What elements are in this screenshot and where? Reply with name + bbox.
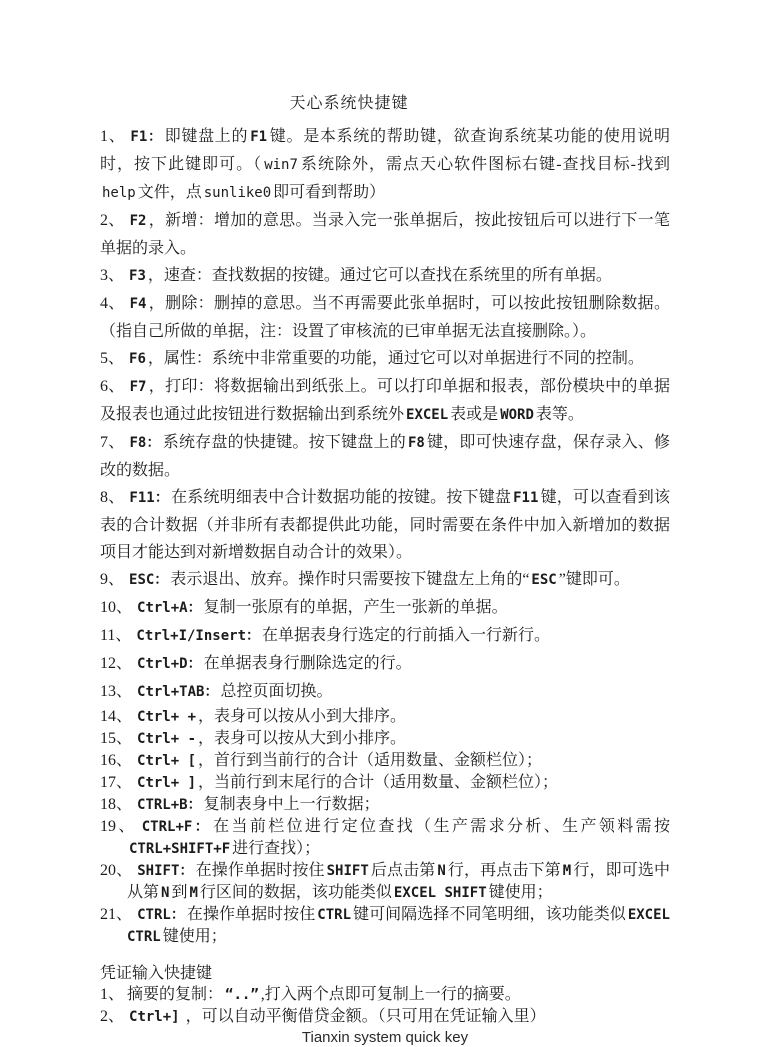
item-text: 复制表身中上一行数据；: [204, 796, 380, 813]
item-text: 文件，点: [138, 184, 202, 201]
key-token: F11: [511, 490, 540, 506]
item-text: 后点击第: [371, 862, 436, 879]
item-number: 21、: [100, 906, 135, 923]
key-token: N: [159, 885, 171, 901]
item-text: 键使用；: [489, 884, 553, 901]
item-number: 8、: [100, 489, 127, 506]
item-number: 19、: [100, 818, 140, 835]
shortcut-item: 5、F6，属性：系统中非常重要的功能，通过它可以对单据进行不同的控制。: [100, 345, 670, 373]
document-footer: Tianxin system quick key: [100, 1028, 670, 1047]
item-number: 17、: [100, 774, 135, 791]
key-token: Ctrl+ +: [135, 709, 198, 725]
shortcut-item: 21、CTRL：在操作单据时按住CTRL键可间隔选择不同笔明细，该功能类似EXC…: [100, 904, 670, 948]
key-token: F8: [406, 435, 427, 451]
shortcut-item: 8、F11：在系统明细表中合计数据功能的按键。按下键盘F11键，可以查看到该表的…: [100, 484, 670, 566]
item-text: 行区间的数据，该功能类似: [200, 884, 392, 901]
key-token: F1: [248, 129, 269, 145]
key-token: F8：: [127, 435, 162, 451]
shortcut-item: 6、F7，打印：将数据输出到纸张上。可以打印单据和报表，部份模块中的单据及报表也…: [100, 373, 670, 429]
item-number: 3、: [100, 267, 127, 284]
key-token: SHIFT：: [135, 863, 195, 879]
key-token: EXCEL: [404, 407, 450, 423]
item-text: ,打入两个点即可复制上一行的摘要。: [261, 986, 521, 1003]
key-token: F6: [127, 351, 148, 367]
item-text: 表示退出、放弃。操作时只需要按下键盘左上角的“: [170, 571, 529, 588]
item-number: 5、: [100, 350, 127, 367]
item-number: 1、: [100, 986, 127, 1003]
item-text: ，表身可以按从小到大排序。: [198, 708, 406, 725]
shortcut-item: 15、Ctrl+ -，表身可以按从大到小排序。: [100, 728, 670, 750]
item-text: 复制一张原有的单据，产生一张新的单据。: [204, 599, 508, 616]
shortcut-item: 9、ESC：表示退出、放弃。操作时只需要按下键盘左上角的“ESC”键即可。: [100, 566, 670, 594]
item-text: 键使用；: [163, 928, 227, 945]
shortcut-item: 11、Ctrl+I/Insert：在单据表身行选定的行前插入一行新行。: [100, 622, 670, 650]
item-text: 即键盘上的: [165, 128, 249, 145]
key-token: F3: [127, 268, 148, 284]
shortcut-item: 3、F3，速查：查找数据的按键。通过它可以查找在系统里的所有单据。: [100, 262, 670, 290]
item-number: 20、: [100, 862, 135, 879]
voucher-shortcut-list: 1、摘要的复制：“..”,打入两个点即可复制上一行的摘要。2、Ctrl+] ，可…: [100, 984, 670, 1028]
key-token: F7: [128, 379, 149, 395]
shortcut-item: 12、Ctrl+D：在单据表身行删除选定的行。: [100, 650, 670, 678]
key-token: CTRL+B：: [135, 797, 204, 813]
item-text: 到: [171, 884, 187, 901]
item-number: 7、: [100, 434, 127, 451]
key-token: CTRL+F：: [140, 819, 213, 835]
key-token: Ctrl+TAB：: [135, 684, 220, 700]
shortcut-item: 13、Ctrl+TAB：总控页面切换。: [100, 678, 670, 706]
item-text: 系统存盘的快捷键。按下键盘上的: [163, 434, 406, 451]
shortcut-list-main: 1、F1：即键盘上的F1键。是本系统的帮助键，欲查询系统某功能的使用说明时，按下…: [100, 123, 670, 706]
shortcut-item: 17、Ctrl+ ]，当前行到末尾行的合计（适用数量、金额栏位）；: [100, 772, 670, 794]
item-number: 12、: [100, 655, 135, 672]
shortcut-item: 10、Ctrl+A：复制一张原有的单据，产生一张新的单据。: [100, 594, 670, 622]
shortcut-item: 18、CTRL+B：复制表身中上一行数据；: [100, 794, 670, 816]
item-text: 行，再点击下第: [448, 862, 561, 879]
voucher-section-heading: 凭证输入快捷键: [100, 963, 670, 984]
key-token: “..”: [223, 987, 261, 1003]
shortcut-item: 7、F8：系统存盘的快捷键。按下键盘上的F8键，即可快速存盘，保存录入、修改的数…: [100, 429, 670, 484]
item-text: 在单据表身行选定的行前插入一行新行。: [262, 627, 550, 644]
key-token: N: [435, 863, 447, 879]
key-token: Ctrl+ ]: [135, 775, 198, 791]
shortcut-item: 19、CTRL+F：在当前栏位进行定位查找（生产需求分析、生产领料需按CTRL+…: [100, 816, 670, 860]
shortcut-list-secondary: 14、Ctrl+ +，表身可以按从小到大排序。15、Ctrl+ -，表身可以按从…: [100, 706, 670, 948]
shortcut-item: 20、SHIFT：在操作单据时按住SHIFT后点击第N行，再点击下第M行，即可选…: [100, 860, 670, 904]
item-text: 在操作单据时按住: [196, 862, 325, 879]
item-text: ，删除：删掉的意思。当不再需要此张单据时，可以按此按钮删除数据。（指自己所做的单…: [100, 295, 670, 340]
item-text: 在系统明细表中合计数据功能的按键。按下键盘: [171, 489, 511, 506]
item-number: 15、: [100, 730, 135, 747]
shortcut-item: 1、F1：即键盘上的F1键。是本系统的帮助键，欲查询系统某功能的使用说明时，按下…: [100, 123, 670, 207]
key-token: F2: [128, 213, 149, 229]
item-text: ，速查：查找数据的按键。通过它可以查找在系统里的所有单据。: [148, 267, 612, 284]
key-token: Ctrl+A：: [135, 600, 204, 616]
key-token: sunlike0: [202, 185, 273, 201]
item-number: 10、: [100, 599, 135, 616]
key-token: CTRL：: [135, 907, 187, 923]
key-token: F4: [128, 296, 149, 312]
key-token: ESC: [529, 572, 558, 588]
key-token: M: [187, 885, 199, 901]
item-number: 1、: [100, 128, 128, 145]
item-text: 系统除外，需点天心软件图标右键-查找目标-找到: [300, 156, 670, 173]
shortcut-item: 1、摘要的复制：“..”,打入两个点即可复制上一行的摘要。: [100, 984, 670, 1006]
item-number: 14、: [100, 708, 135, 725]
item-text: ，属性：系统中非常重要的功能，通过它可以对单据进行不同的控制。: [148, 350, 644, 367]
key-token: ESC：: [127, 572, 170, 588]
key-token: M: [561, 863, 573, 879]
item-text: ，首行到当前行的合计（适用数量、金额栏位）；: [198, 752, 542, 769]
key-token: F1：: [128, 129, 164, 145]
item-number: 2、: [100, 1008, 127, 1025]
item-number: 4、: [100, 295, 128, 312]
item-text: ，当前行到末尾行的合计（适用数量、金额栏位）；: [198, 774, 558, 791]
key-token: Ctrl+D：: [135, 656, 204, 672]
shortcut-item: 2、F2，新增：增加的意思。当录入完一张单据后，按此按钮后可以进行下一笔单据的录…: [100, 207, 670, 262]
document-title: 天心系统快捷键: [64, 90, 634, 117]
item-text: 在操作单据时按住: [187, 906, 315, 923]
item-text: ，新增：增加的意思。当录入完一张单据后，按此按钮后可以进行下一笔单据的录入。: [100, 212, 670, 257]
key-token: Ctrl+ -: [135, 731, 198, 747]
shortcut-item: 4、F4，删除：删掉的意思。当不再需要此张单据时，可以按此按钮删除数据。（指自己…: [100, 290, 670, 345]
item-text: 即可看到帮助）: [273, 184, 385, 201]
item-number: 18、: [100, 796, 135, 813]
item-text: 表或是: [450, 406, 498, 423]
key-token: WORD: [498, 407, 536, 423]
key-token: help: [100, 185, 138, 201]
key-token: Ctrl+I/Insert：: [134, 628, 262, 644]
item-text: ，打印：将数据输出到纸张上。可以打印单据和报表，部份模块中的单据及报表也通过此按…: [100, 378, 670, 423]
key-token: F11：: [127, 490, 171, 506]
item-number: 11、: [100, 627, 134, 644]
shortcut-item: 14、Ctrl+ +，表身可以按从小到大排序。: [100, 706, 670, 728]
item-text: 摘要的复制：: [127, 986, 223, 1003]
document-page: 天心系统快捷键 1、F1：即键盘上的F1键。是本系统的帮助键，欲查询系统某功能的…: [0, 0, 768, 1024]
item-text: 在当前栏位进行定位查找（生产需求分析、生产领料需按: [213, 818, 670, 835]
key-token: Ctrl+]: [127, 1009, 182, 1025]
item-text: ，表身可以按从大到小排序。: [198, 730, 406, 747]
item-number: 16、: [100, 752, 135, 769]
item-text: 进行查找）；: [232, 840, 320, 857]
key-token: win7: [262, 157, 300, 173]
key-token: Ctrl+ [: [135, 753, 198, 769]
item-number: 9、: [100, 571, 127, 588]
item-text: ”键即可。: [559, 571, 630, 588]
item-number: 6、: [100, 378, 128, 395]
shortcut-item: 2、Ctrl+] ，可以自动平衡借贷金额。（只可用在凭证输入里）: [100, 1006, 670, 1028]
key-token: CTRL: [315, 907, 353, 923]
key-token: EXCEL SHIFT: [392, 885, 489, 901]
shortcut-item: 16、Ctrl+ [，首行到当前行的合计（适用数量、金额栏位）；: [100, 750, 670, 772]
item-text: ，可以自动平衡借贷金额。（只可用在凭证输入里）: [182, 1008, 546, 1025]
item-number: 13、: [100, 683, 135, 700]
item-text: 表等。: [536, 406, 584, 423]
key-token: SHIFT: [325, 863, 371, 879]
key-token: CTRL+SHIFT+F: [127, 841, 232, 857]
voucher-section: 凭证输入快捷键 1、摘要的复制：“..”,打入两个点即可复制上一行的摘要。2、C…: [100, 963, 670, 1028]
item-text: 在单据表身行删除选定的行。: [204, 655, 412, 672]
item-text: 总控页面切换。: [220, 683, 332, 700]
item-number: 2、: [100, 212, 128, 229]
item-text: 键可间隔选择不同笔明细，该功能类似: [353, 906, 626, 923]
